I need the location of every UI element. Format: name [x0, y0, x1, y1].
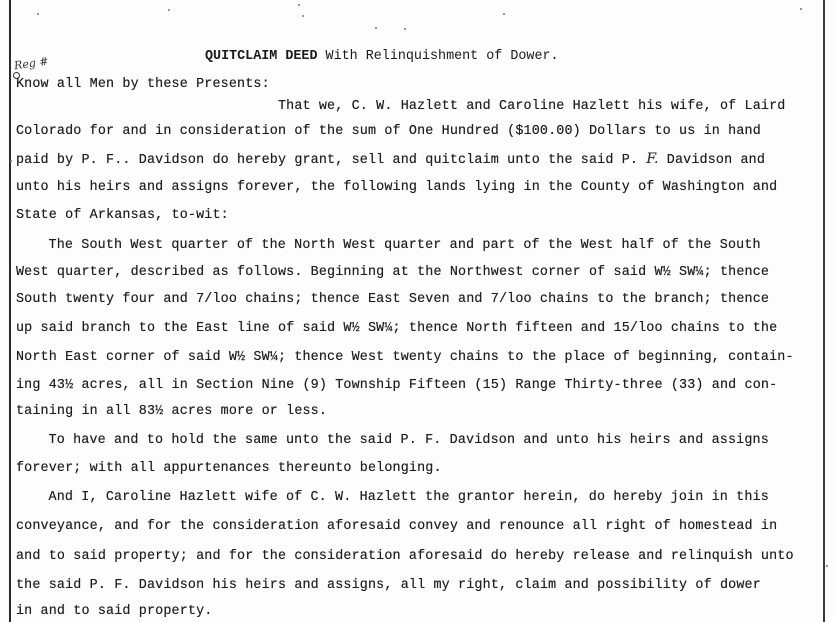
title-main: QUITCLAIM DEED	[205, 49, 318, 64]
deed-page: Reg # QUITCLAIM DEED With Relinquishment…	[0, 0, 834, 622]
scan-speck	[826, 565, 828, 567]
text-line-18: and to said property; and for the consid…	[16, 549, 794, 565]
scan-speck	[800, 8, 802, 10]
text-line-5: unto his heirs and assigns forever, the …	[16, 180, 777, 196]
handwritten-annotation: Reg #	[13, 55, 49, 73]
text-line-12: ing 43½ acres, all in Section Nine (9) T…	[16, 378, 777, 394]
scan-speck	[37, 13, 39, 15]
text-line-11: North East corner of said W½ SW¼; thence…	[16, 350, 794, 366]
text-line-4-start: paid by P. F.. Davidson do hereby grant,…	[16, 153, 646, 168]
text-line-7: The South West quarter of the North West…	[24, 238, 761, 254]
scan-speck	[404, 28, 406, 30]
scan-speck	[302, 15, 304, 17]
text-line-13: taining in all 83½ acres more or less.	[16, 404, 327, 420]
text-line-15: forever; with all appurtenances thereunt…	[16, 461, 442, 477]
text-line-9: South twenty four and 7/loo chains; then…	[16, 292, 769, 308]
right-margin-rule	[823, 0, 825, 622]
scan-speck	[10, 160, 12, 162]
scan-speck	[375, 27, 377, 29]
text-line-19: the said P. F. Davidson his heirs and as…	[16, 578, 761, 594]
text-line-20: in and to said property.	[16, 604, 212, 620]
text-line-16: And I, Caroline Hazlett wife of C. W. Ha…	[24, 490, 769, 506]
text-line-2: That we, C. W. Hazlett and Caroline Hazl…	[16, 99, 785, 115]
text-line-3: Colorado for and in consideration of the…	[16, 124, 761, 140]
document-title: QUITCLAIM DEED With Relinquishment of Do…	[205, 49, 559, 64]
text-line-4: paid by P. F.. Davidson do hereby grant,…	[16, 151, 765, 169]
handwritten-initial: F.	[646, 151, 658, 167]
scan-speck	[298, 4, 300, 6]
title-subtitle: With Relinquishment of Dower.	[318, 49, 559, 64]
text-line-14: To have and to hold the same unto the sa…	[24, 433, 769, 449]
text-line-17: conveyance, and for the consideration af…	[16, 519, 777, 535]
left-margin-rule	[9, 0, 11, 622]
text-line-1: Know all Men by these Presents:	[16, 77, 270, 93]
text-line-6: State of Arkansas, to-wit:	[16, 208, 229, 224]
scan-speck	[503, 13, 505, 15]
text-line-10: up said branch to the East line of said …	[16, 321, 777, 337]
scan-speck	[168, 9, 170, 11]
text-line-8: West quarter, described as follows. Begi…	[16, 265, 769, 281]
text-line-4-end: Davidson and	[659, 153, 765, 168]
